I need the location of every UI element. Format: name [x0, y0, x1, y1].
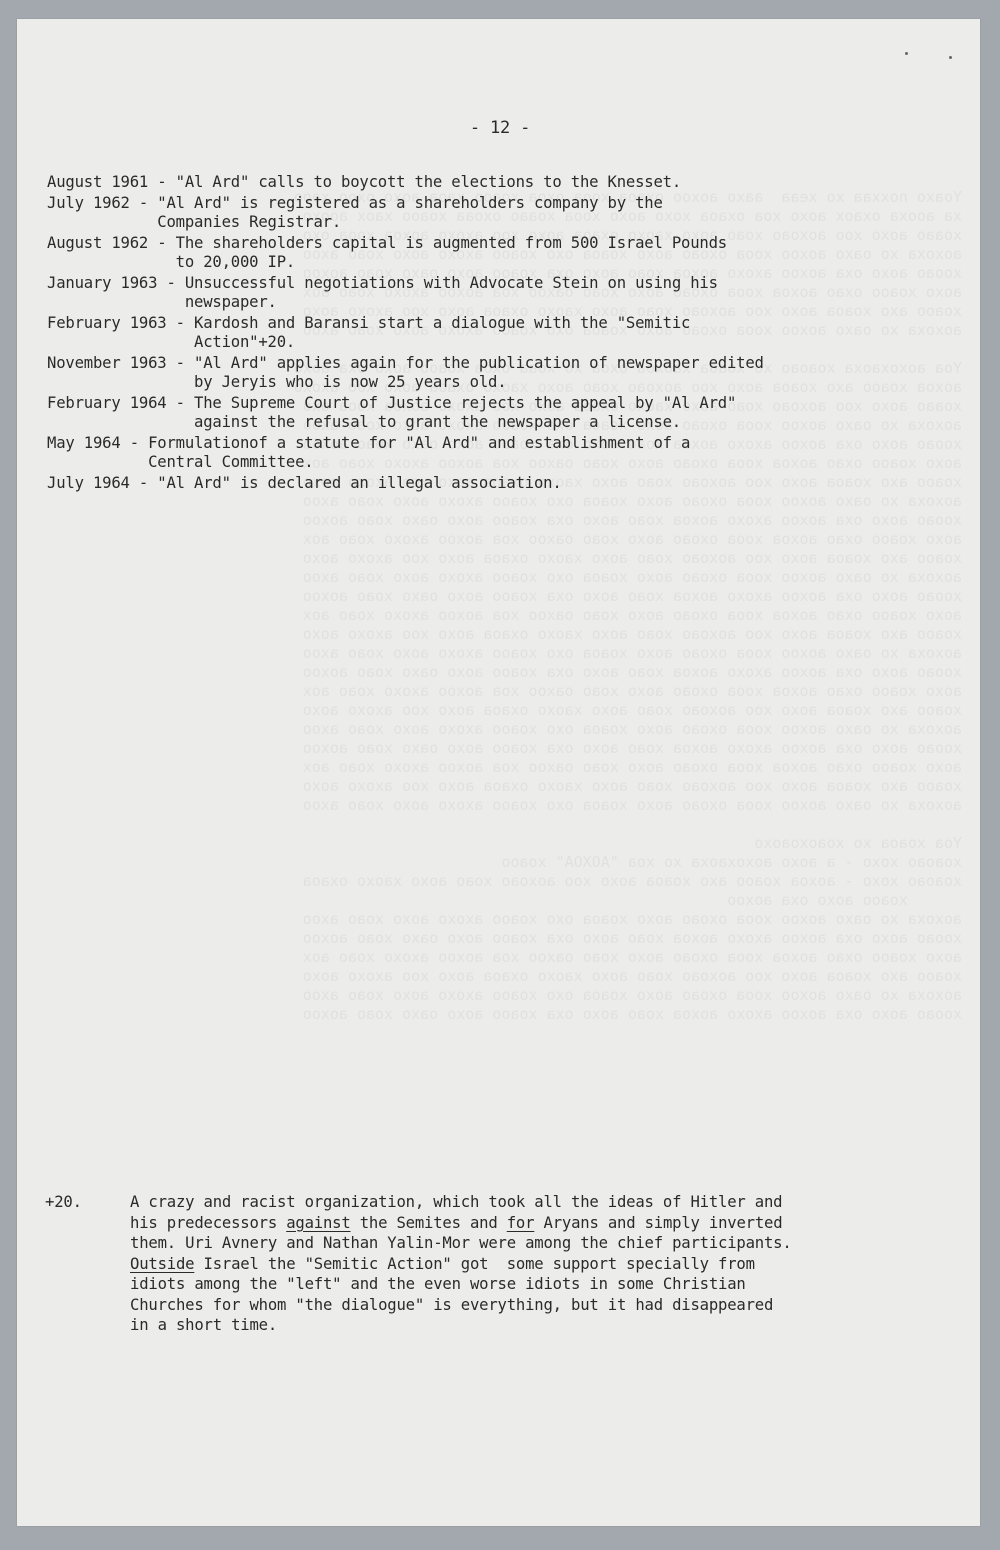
- timeline-entry: July 1964 - "Al Ard" is declared an ille…: [47, 474, 967, 494]
- timeline-entry: May 1964 - Formulationof a statute for "…: [47, 434, 967, 473]
- footnote-line: them. Uri Avnery and Nathan Yalin-Mor we…: [130, 1233, 945, 1254]
- footnote-line: Outside Israel the "Semitic Action" got …: [130, 1254, 945, 1275]
- timeline-text-continuation: Central Committee.: [47, 453, 967, 473]
- timeline-text: "Al Ard" is declared an illegal associat…: [157, 474, 561, 492]
- timeline-date: November 1963: [47, 354, 166, 372]
- timeline-text: The Supreme Court of Justice rejects the…: [194, 394, 736, 412]
- footnote-body: A crazy and racist organization, which t…: [130, 1192, 945, 1336]
- timeline-separator: -: [148, 173, 176, 191]
- timeline-date: May 1964: [47, 434, 121, 452]
- timeline-text-continuation: Companies Registrar.: [47, 213, 967, 233]
- timeline-text: "Al Ard" applies again for the publicati…: [194, 354, 764, 372]
- timeline-entry: July 1962 - "Al Ard" is registered as a …: [47, 194, 967, 233]
- timeline-date: August 1962: [47, 234, 148, 252]
- timeline-text: The shareholders capital is augmented fr…: [176, 234, 727, 252]
- timeline-separator: -: [130, 474, 158, 492]
- underlined-emphasis: against: [286, 1214, 350, 1232]
- paper-speck: [905, 52, 908, 55]
- footnote-line: Churches for whom "the dialogue" is ever…: [130, 1295, 945, 1316]
- timeline-text: Unsuccessful negotiations with Advocate …: [185, 274, 718, 292]
- timeline-entry: February 1964 - The Supreme Court of Jus…: [47, 394, 967, 433]
- footnote-line: A crazy and racist organization, which t…: [130, 1192, 945, 1213]
- timeline-separator: -: [130, 194, 158, 212]
- timeline-text: Kardosh and Baransi start a dialogue wit…: [194, 314, 690, 332]
- timeline-date: July 1962: [47, 194, 130, 212]
- timeline-text-continuation: Action"+20.: [47, 333, 967, 353]
- footnote-line: in a short time.: [130, 1315, 945, 1336]
- timeline-date: January 1963: [47, 274, 157, 292]
- timeline-text-continuation: against the refusal to grant the newspap…: [47, 413, 967, 433]
- timeline-date: February 1964: [47, 394, 166, 412]
- timeline-entry: February 1963 - Kardosh and Baransi star…: [47, 314, 967, 353]
- footnote-line: his predecessors against the Semites and…: [130, 1213, 945, 1234]
- timeline-date: February 1963: [47, 314, 166, 332]
- footnote: +20. A crazy and racist organization, wh…: [45, 1192, 945, 1336]
- timeline-entry: August 1961 - "Al Ard" calls to boycott …: [47, 173, 967, 193]
- timeline-separator: -: [121, 434, 149, 452]
- timeline-separator: -: [166, 314, 194, 332]
- timeline-entry: January 1963 - Unsuccessful negotiations…: [47, 274, 967, 313]
- timeline-separator: -: [148, 234, 176, 252]
- timeline-text-continuation: by Jeryis who is now 25 years old.: [47, 373, 967, 393]
- timeline-separator: -: [166, 354, 194, 372]
- timeline-separator: -: [166, 394, 194, 412]
- footnote-line: idiots among the "left" and the even wor…: [130, 1274, 945, 1295]
- timeline-text: "Al Ard" calls to boycott the elections …: [176, 173, 681, 191]
- timeline-text: "Al Ard" is registered as a shareholders…: [157, 194, 662, 212]
- timeline-entry: November 1963 - "Al Ard" applies again f…: [47, 354, 967, 393]
- timeline-text-continuation: newspaper.: [47, 293, 967, 313]
- timeline-text-continuation: to 20,000 IP.: [47, 253, 967, 273]
- page-number: - 12 -: [0, 118, 1000, 138]
- underlined-emphasis: Outside: [130, 1255, 194, 1273]
- paper-speck: [949, 56, 952, 59]
- footnote-marker: +20.: [45, 1192, 82, 1213]
- timeline-separator: -: [157, 274, 185, 292]
- timeline-date: August 1961: [47, 173, 148, 191]
- timeline-entry: August 1962 - The shareholders capital i…: [47, 234, 967, 273]
- timeline-text: Formulationof a statute for "Al Ard" and…: [148, 434, 690, 452]
- timeline-list: August 1961 - "Al Ard" calls to boycott …: [47, 173, 967, 494]
- underlined-emphasis: for: [507, 1214, 535, 1232]
- timeline-date: July 1964: [47, 474, 130, 492]
